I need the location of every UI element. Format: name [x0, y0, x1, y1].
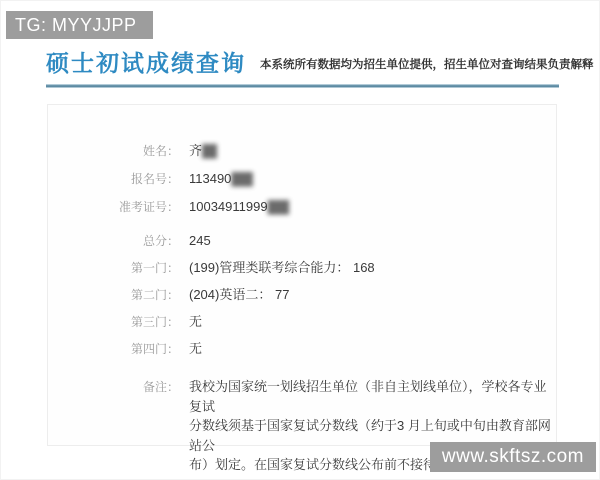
- subject1-value: (199)管理类联考综合能力： 168: [189, 258, 375, 278]
- name-label: 姓名：: [48, 141, 179, 161]
- subject4-label: 第四门：: [48, 339, 179, 359]
- header-divider: [46, 84, 559, 88]
- page-header: 硕士初试成绩查询 本系统所有数据均为招生单位提供，招生单位对查询结果负责解释: [46, 45, 559, 78]
- subject4-value: 无: [189, 339, 202, 359]
- ticket-value: 10034911999███: [189, 197, 287, 217]
- ticket-label: 准考证号：: [48, 197, 179, 217]
- page-title: 硕士初试成绩查询: [46, 45, 246, 78]
- score-result-card: 姓名： 齐██ 报名号： 113490███ 准考证号： 10034911999…: [47, 104, 557, 446]
- subject2-value: (204)英语二： 77: [189, 285, 289, 305]
- subject3-label: 第三门：: [48, 312, 179, 332]
- field-row-regno: 报名号： 113490███: [48, 169, 556, 189]
- regno-value: 113490███: [189, 169, 251, 189]
- total-value: 245: [189, 231, 211, 251]
- regno-redacted: ███: [231, 172, 251, 186]
- field-row-subject1: 第一门： (199)管理类联考综合能力： 168: [48, 258, 556, 278]
- ticket-redacted: ███: [268, 200, 288, 214]
- name-redacted: ██: [202, 144, 215, 158]
- watermark-website: www.skftsz.com: [430, 442, 596, 472]
- subject3-value: 无: [189, 312, 202, 332]
- watermark-telegram: TG: MYYJJPP: [6, 11, 153, 39]
- field-row-subject4: 第四门： 无: [48, 339, 556, 359]
- remark-label: 备注：: [48, 377, 179, 397]
- subject2-label: 第二门：: [48, 285, 179, 305]
- total-label: 总分：: [48, 231, 179, 251]
- field-row-ticket: 准考证号： 10034911999███: [48, 197, 556, 217]
- field-row-subject3: 第三门： 无: [48, 312, 556, 332]
- field-row-name: 姓名： 齐██: [48, 141, 556, 161]
- name-value: 齐██: [189, 141, 215, 161]
- subject1-label: 第一门：: [48, 258, 179, 278]
- field-row-subject2: 第二门： (204)英语二： 77: [48, 285, 556, 305]
- score-query-page: { "watermarks": { "top": "TG: MYYJJPP", …: [0, 0, 600, 480]
- regno-label: 报名号：: [48, 169, 179, 189]
- page-subtitle: 本系统所有数据均为招生单位提供，招生单位对查询结果负责解释: [260, 56, 594, 72]
- field-row-total: 总分： 245: [48, 231, 556, 251]
